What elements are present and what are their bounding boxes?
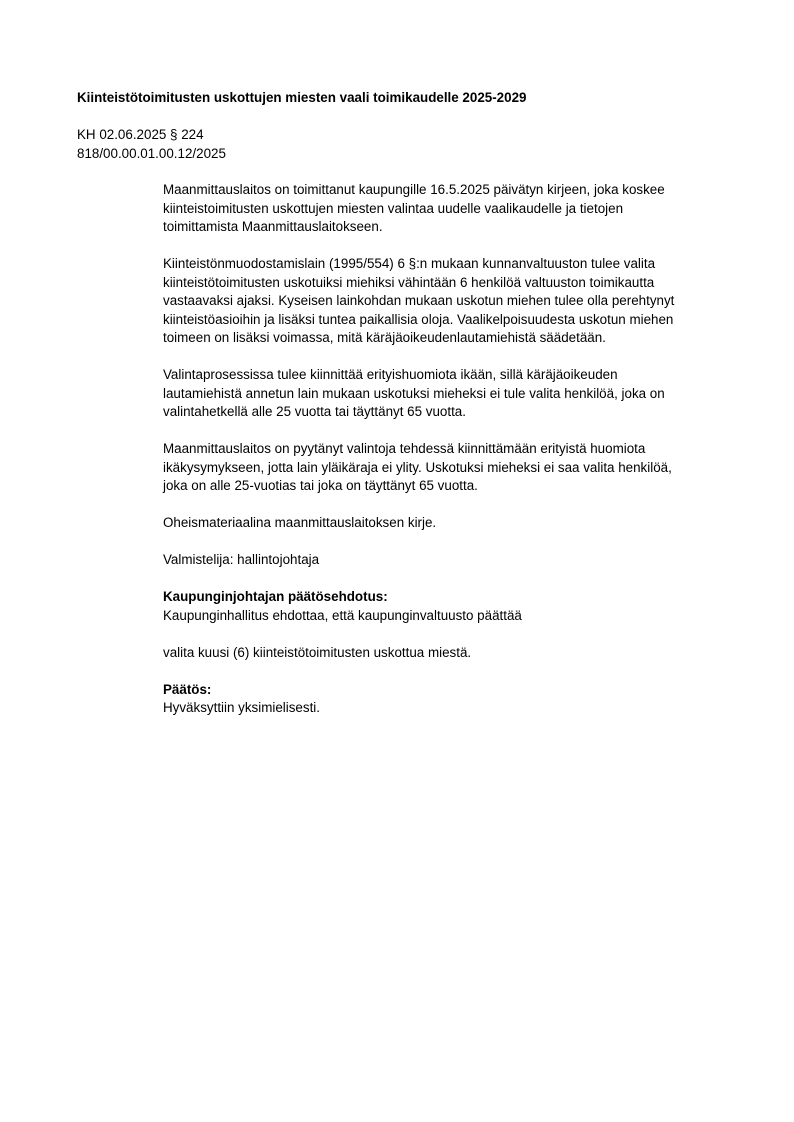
paragraph-line: Valintaprosessissa tulee kiinnittää erit… — [163, 366, 743, 385]
paragraph-line: valintahetkellä alle 25 vuotta tai täytt… — [163, 403, 743, 422]
body-paragraph: Kiinteistönmuodostamislain (1995/554) 6 … — [163, 255, 743, 348]
paragraph-line: toimeen on lisäksi voimassa, mitä käräjä… — [163, 329, 743, 348]
body-paragraphs: Maanmittauslaitos on toimittanut kaupung… — [163, 181, 743, 570]
paragraph-line: joka on alle 25-vuotias tai joka on täyt… — [163, 477, 743, 496]
decision-heading: Päätös: — [163, 681, 743, 700]
document-body: Maanmittauslaitos on toimittanut kaupung… — [163, 181, 743, 736]
body-paragraph: Valintaprosessissa tulee kiinnittää erit… — [163, 366, 743, 422]
paragraph-line: kiinteistöasioihin ja lisäksi tuntea pai… — [163, 311, 743, 330]
paragraph-line: Maanmittauslaitos on toimittanut kaupung… — [163, 181, 743, 200]
paragraph-line: kiinteistötoimitusten uskotuiksi miehiks… — [163, 274, 743, 293]
body-paragraph: Maanmittauslaitos on toimittanut kaupung… — [163, 181, 743, 237]
record-number: 818/00.00.01.00.12/2025 — [77, 145, 226, 164]
body-paragraph: Valmistelija: hallintojohtaja — [163, 551, 743, 570]
body-paragraph: Maanmittauslaitos on pyytänyt valintoja … — [163, 440, 743, 496]
paragraph-line: toimittamista Maanmittauslaitokseen. — [163, 218, 743, 237]
decision-text: Hyväksyttiin yksimielisesti. — [163, 699, 743, 718]
paragraph-line: kiinteistoimitusten uskottujen miesten v… — [163, 200, 743, 219]
paragraph-line: Oheismateriaalina maanmittauslaitoksen k… — [163, 514, 743, 533]
decision-section: Päätös: Hyväksyttiin yksimielisesti. — [163, 681, 743, 718]
paragraph-line: lautamiehistä annetun lain mukaan uskotu… — [163, 385, 743, 404]
proposal-text: Kaupunginhallitus ehdottaa, että kaupung… — [163, 607, 743, 626]
paragraph-line: Kiinteistönmuodostamislain (1995/554) 6 … — [163, 255, 743, 274]
paragraph-line: Valmistelija: hallintojohtaja — [163, 551, 743, 570]
document-title: Kiinteistötoimitusten uskottujen miesten… — [77, 89, 526, 107]
document-meta: KH 02.06.2025 § 224 818/00.00.01.00.12/2… — [77, 126, 226, 163]
proposal-decision-item-block: valita kuusi (6) kiinteistötoimitusten u… — [163, 644, 743, 663]
body-paragraph: Oheismateriaalina maanmittauslaitoksen k… — [163, 514, 743, 533]
paragraph-line: ikäkysymykseen, jotta lain yläikäraja ei… — [163, 459, 743, 478]
meeting-reference: KH 02.06.2025 § 224 — [77, 126, 226, 145]
proposal-section: Kaupunginjohtajan päätösehdotus: Kaupung… — [163, 588, 743, 625]
proposal-decision-item: valita kuusi (6) kiinteistötoimitusten u… — [163, 644, 743, 663]
proposal-heading: Kaupunginjohtajan päätösehdotus: — [163, 588, 743, 607]
paragraph-line: vastaavaksi ajaksi. Kyseisen lainkohdan … — [163, 292, 743, 311]
paragraph-line: Maanmittauslaitos on pyytänyt valintoja … — [163, 440, 743, 459]
